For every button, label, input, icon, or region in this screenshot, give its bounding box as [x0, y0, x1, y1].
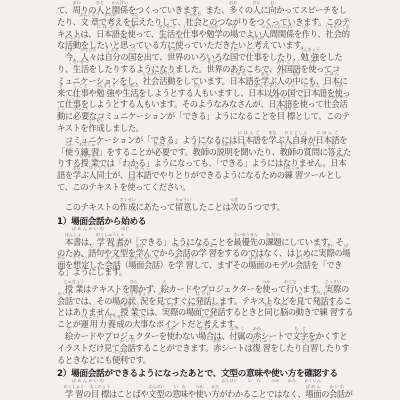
- text-line: このテキストの作成さくせいにあたって留意りゅういしたことは次つぎの５つです。: [57, 197, 349, 209]
- text-line: 学習がくしゅうの目標もくひょうはことばや文型ぶんけいの意味いみや使つかい方かたが…: [57, 384, 349, 396]
- text-line: 授業じゅぎょうはテキストを開ひらかず、絵えカードやプロジェクターを使つかって行お…: [57, 279, 349, 291]
- section-heading: 2）場面会話ばめんかいわができるようになったあとで、文型ぶんけいの意味いみや使つ…: [57, 369, 349, 384]
- text-line: 本書ほんしょは、学習者がくしゅうしゃが「できる」ようになることを最優先さいゆうせ…: [57, 232, 349, 244]
- text-line: て、周まわりの人ひとと関係かんけいをつくっていきます。また、多おおくの人ひとに向…: [57, 0, 349, 12]
- document-page: て、周まわりの人ひとと関係かんけいをつくっていきます。また、多おおくの人ひとに向…: [0, 0, 400, 400]
- section-heading: 1）場面会話ばめんかいわから始はじめる: [57, 217, 349, 232]
- text-area: て、周まわりの人ひとと関係かんけいをつくっていきます。また、多おおくの人ひとに向…: [57, 0, 349, 396]
